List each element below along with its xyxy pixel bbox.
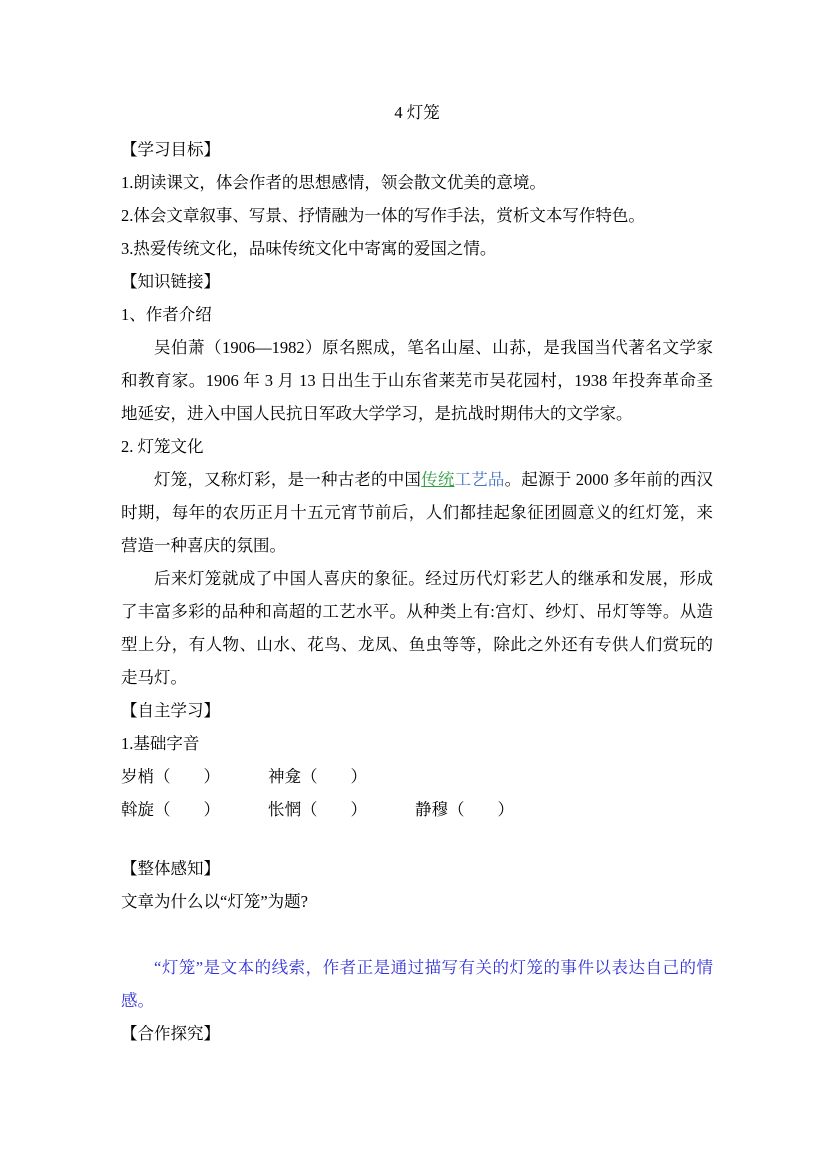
document-page: 4 灯笼 【学习目标】 1.朗读课文，体会作者的思想感情，领会散文优美的意境。 …: [0, 0, 827, 1169]
author-intro-heading: 1、作者介绍: [121, 298, 713, 331]
perception-question: 文章为什么以“灯笼”为题?: [121, 885, 713, 918]
section-header-cooperative-inquiry: 【合作探究】: [121, 1017, 713, 1050]
section-header-overall-perception: 【整体感知】: [121, 852, 713, 885]
pinyin-term-suishao: 岁梢（ ）: [121, 760, 220, 793]
perception-answer: “灯笼”是文本的线索，作者正是通过描写有关的灯笼的事件以表达自己的情感。: [121, 951, 713, 1017]
crafts-hyperlink[interactable]: 工艺品: [455, 470, 505, 489]
pinyin-term-jingmu: 静穆（ ）: [415, 793, 514, 826]
pinyin-term-shenkan: 神龛（ ）: [268, 760, 367, 793]
page-title: 4 灯笼: [121, 96, 713, 129]
goal-item-1: 1.朗读课文，体会作者的思想感情，领会散文优美的意境。: [121, 166, 713, 199]
lantern-culture-heading: 2. 灯笼文化: [121, 430, 713, 463]
goal-item-3: 3.热爱传统文化，品味传统文化中寄寓的爱国之情。: [121, 232, 713, 265]
traditional-hyperlink[interactable]: 传统: [421, 470, 454, 489]
culture-text-before-links: 灯笼，又称灯彩，是一种古老的中国: [154, 470, 421, 489]
goal-item-2: 2.体会文章叙事、写景、抒情融为一体的写作手法，赏析文本写作特色。: [121, 199, 713, 232]
author-intro-paragraph: 吴伯萧（1906—1982）原名熙成，笔名山屋、山荪，是我国当代著名文学家和教育…: [121, 331, 713, 430]
pinyin-terms-row-2: 斡旋（ ） 怅惘（ ） 静穆（ ）: [121, 793, 713, 826]
blank-line: [121, 826, 713, 852]
lantern-culture-paragraph-1: 灯笼，又称灯彩，是一种古老的中国传统工艺品。起源于 2000 多年前的西汉时期，…: [121, 463, 713, 562]
section-header-knowledge-links: 【知识链接】: [121, 265, 713, 298]
basic-pronunciation-heading: 1.基础字音: [121, 727, 713, 760]
section-header-self-study: 【自主学习】: [121, 694, 713, 727]
blank-line: [121, 918, 713, 951]
pinyin-term-woxuan: 斡旋（ ）: [121, 793, 220, 826]
pinyin-terms-row-1: 岁梢（ ） 神龛（ ）: [121, 760, 713, 793]
lantern-culture-paragraph-2: 后来灯笼就成了中国人喜庆的象征。经过历代灯彩艺人的继承和发展，形成了丰富多彩的品…: [121, 562, 713, 694]
pinyin-term-changwang: 怅惘（ ）: [268, 793, 367, 826]
section-header-learning-goals: 【学习目标】: [121, 133, 713, 166]
